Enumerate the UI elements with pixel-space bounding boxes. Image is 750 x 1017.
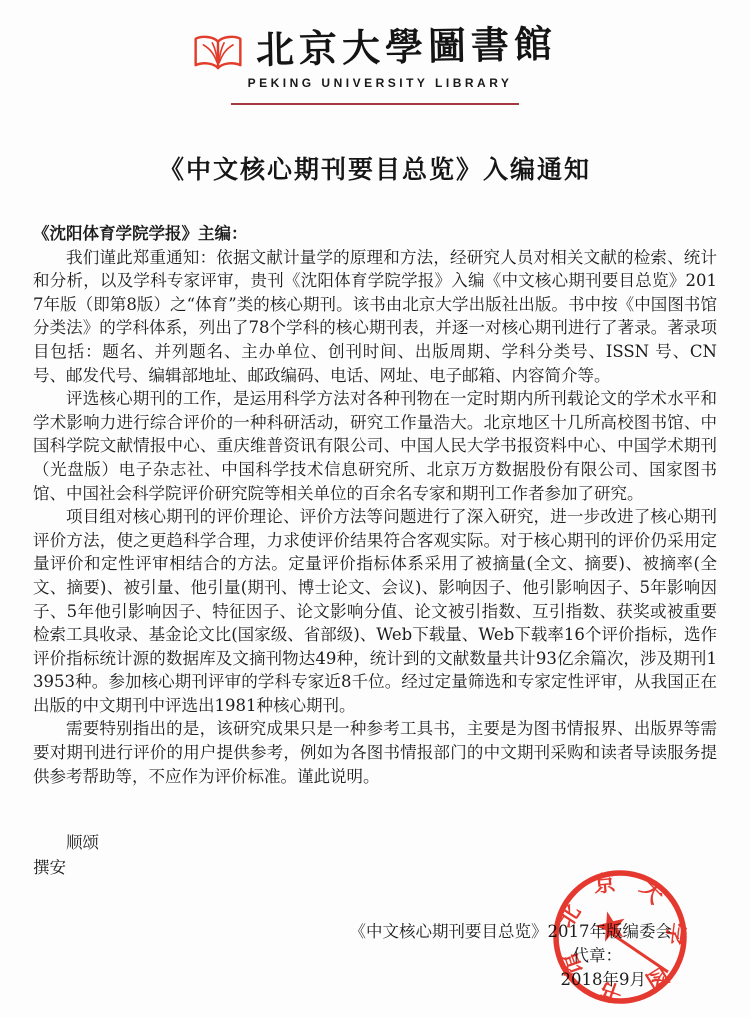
signature-seal-note: 代章： xyxy=(0,944,622,968)
signature-date: 2018年9月 xyxy=(0,968,646,992)
letter-paragraph: 评选核心期刊的工作，是运用科学方法对各种刊物在一定时期内所刊载论文的学术水平和学… xyxy=(33,387,717,505)
letter-closing: 顺颂 撰安 xyxy=(33,830,717,880)
letter-paragraph: 需要特别指出的是，该研究成果只是一种参考工具书，主要是为图书情报界、出版界等需要… xyxy=(33,717,717,788)
page-title: 《中文核心期刊要目总览》入编通知 xyxy=(0,150,750,186)
salutation: 《沈阳体育学院学报》主编： xyxy=(33,222,717,246)
library-name-english: PEKING UNIVERSITY LIBRARY xyxy=(10,76,750,90)
signature-committee: 《中文核心期刊要目总览》2017年版编委会 xyxy=(0,920,672,944)
closing-line-1: 顺颂 xyxy=(33,830,717,855)
signature-block: 《中文核心期刊要目总览》2017年版编委会 代章： 2018年9月 xyxy=(0,920,750,992)
open-book-icon xyxy=(192,32,244,74)
letter-paragraph: 我们谨此郑重通知：依据文献计量学的原理和方法，经研究人员对相关文献的检索、统计和… xyxy=(33,246,717,388)
notice-document: 北京大學圖書館 PEKING UNIVERSITY LIBRARY 《中文核心期… xyxy=(0,0,750,1017)
closing-line-2: 撰安 xyxy=(33,855,717,880)
header-divider xyxy=(231,103,519,105)
letter-paragraph: 项目组对核心期刊的评价理论、评价方法等问题进行了深入研究，进一步改进了核心期刊评… xyxy=(33,505,717,717)
letterhead: 北京大學圖書館 PEKING UNIVERSITY LIBRARY xyxy=(0,0,750,105)
letter-body: 《沈阳体育学院学报》主编： 我们谨此郑重通知：依据文献计量学的原理和方法，经研究… xyxy=(33,222,717,788)
library-name-calligraphy: 北京大學圖書館 xyxy=(256,23,558,71)
